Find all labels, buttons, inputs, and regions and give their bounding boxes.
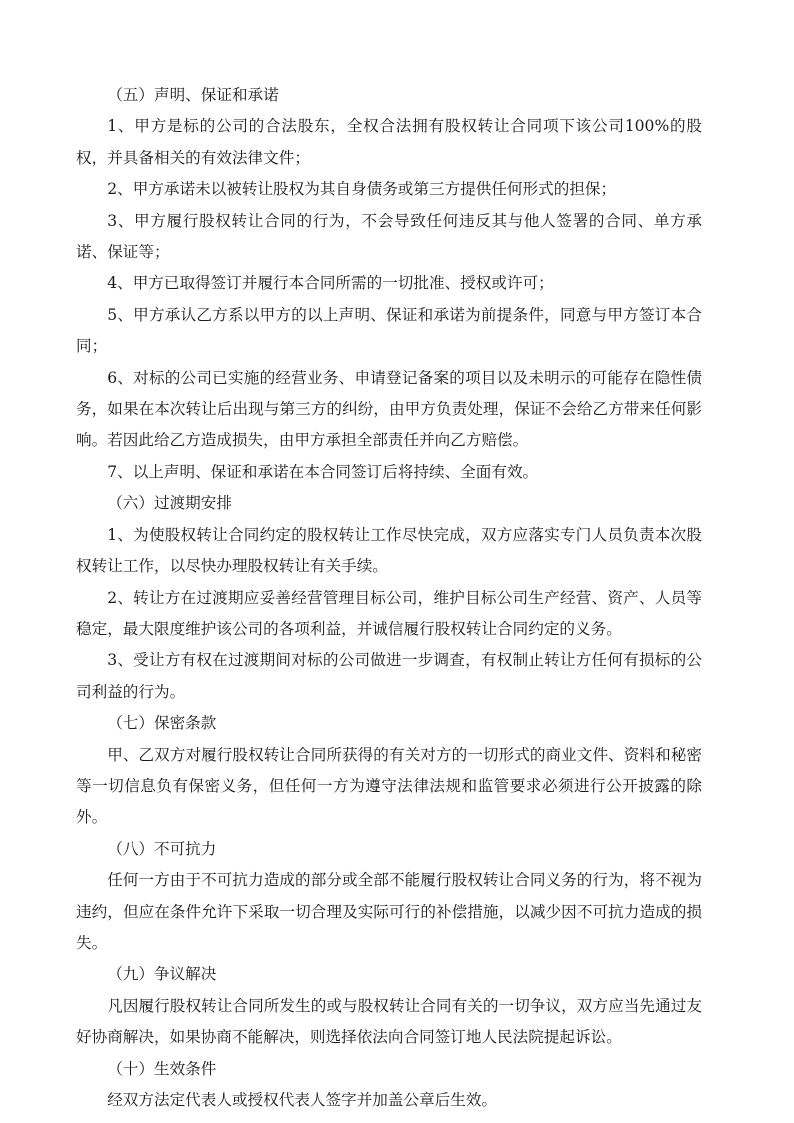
section-heading-8: （八）不可抗力 [76,834,702,865]
paragraph: 1、甲方是标的公司的合法股东，全权合法拥有股权转让合同项下该公司100%的股权，… [76,111,702,174]
section-heading-5: （五）声明、保证和承诺 [76,80,702,111]
paragraph: 3、受让方有权在过渡期间对标的公司做进一步调查，有权制止转让方任何有损标的公司利… [76,645,702,708]
document-page: （五）声明、保证和承诺 1、甲方是标的公司的合法股东，全权合法拥有股权转让合同项… [76,80,702,1116]
section-heading-10: （十）生效条件 [76,1054,702,1085]
paragraph: 2、转让方在过渡期应妥善经营管理目标公司，维护目标公司生产经营、资产、人员等稳定… [76,583,702,646]
paragraph: 6、对标的公司已实施的经营业务、申请登记备案的项目以及未明示的可能存在隐性债务，… [76,363,702,457]
paragraph: 2、甲方承诺未以被转让股权为其自身债务或第三方提供任何形式的担保； [76,174,702,205]
section-heading-9: （九）争议解决 [76,959,702,990]
paragraph: 4、甲方已取得签订并履行本合同所需的一切批准、授权或许可； [76,268,702,299]
section-heading-6: （六）过渡期安排 [76,488,702,519]
paragraph: 5、甲方承认乙方系以甲方的以上声明、保证和承诺为前提条件，同意与甲方签订本合同； [76,300,702,363]
paragraph: 甲、乙双方对履行股权转让合同所获得的有关对方的一切形式的商业文件、资料和秘密等一… [76,740,702,834]
paragraph: 经双方法定代表人或授权代表人签字并加盖公章后生效。 [76,1085,702,1116]
paragraph: 凡因履行股权转让合同所发生的或与股权转让合同有关的一切争议，双方应当先通过友好协… [76,991,702,1054]
section-heading-7: （七）保密条款 [76,708,702,739]
paragraph: 任何一方由于不可抗力造成的部分或全部不能履行股权转让合同义务的行为，将不视为违约… [76,865,702,959]
paragraph: 1、为使股权转让合同约定的股权转让工作尽快完成，双方应落实专门人员负责本次股权转… [76,520,702,583]
paragraph: 3、甲方履行股权转让合同的行为，不会导致任何违反其与他人签署的合同、单方承诺、保… [76,206,702,269]
paragraph: 7、以上声明、保证和承诺在本合同签订后将持续、全面有效。 [76,457,702,488]
